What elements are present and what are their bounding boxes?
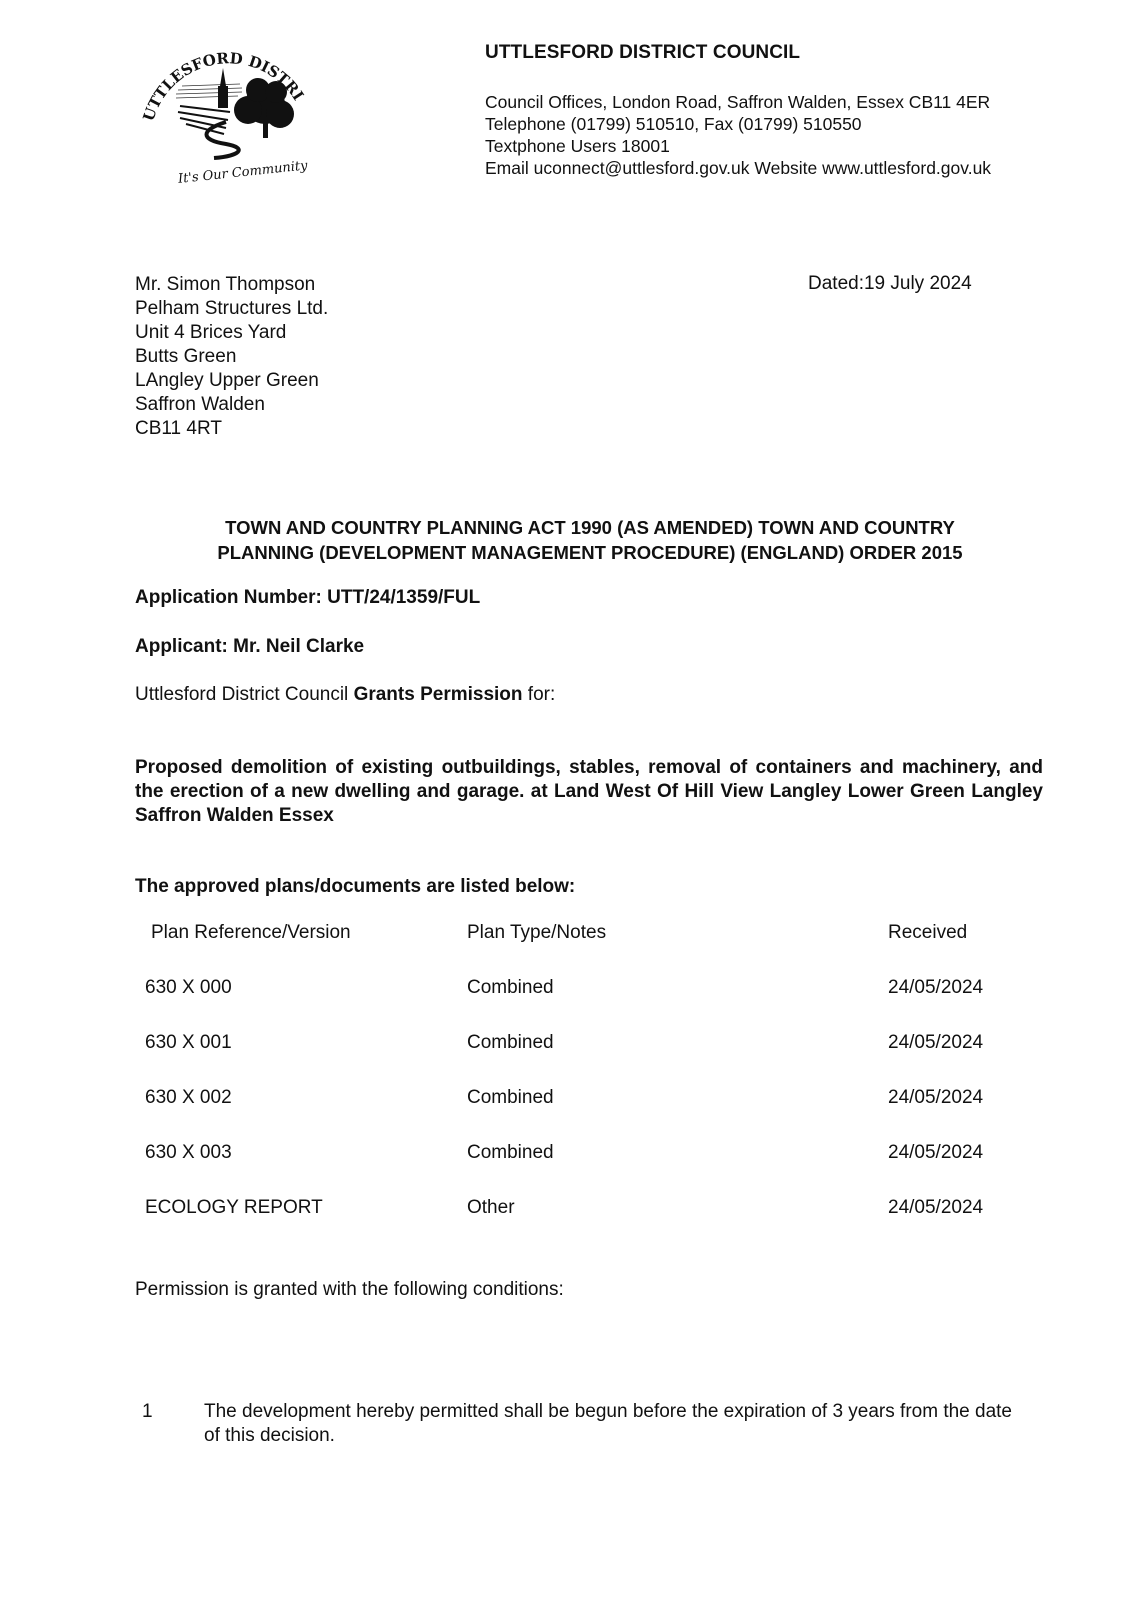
contact-email-website: Email uconnect@uttlesford.gov.uk Website… <box>485 157 991 179</box>
council-crest-icon: UTTLESFORD DISTRICT COUNCIL <box>130 18 320 190</box>
recipient-line: Saffron Walden <box>135 393 328 417</box>
plan-received: 24/05/2024 <box>888 1087 983 1109</box>
proposal-description: Proposed demolition of existing outbuild… <box>135 756 1043 828</box>
plan-reference: 630 X 001 <box>145 1032 232 1054</box>
decision-emphasis: Grants Permission <box>354 684 523 705</box>
plan-reference: 630 X 000 <box>145 977 232 999</box>
contact-address: Council Offices, London Road, Saffron Wa… <box>485 91 991 113</box>
table-row: 630 X 003 Combined 24/05/2024 <box>135 1142 1045 1197</box>
plan-type: Combined <box>467 1142 554 1164</box>
organisation-contact: Council Offices, London Road, Saffron Wa… <box>485 91 991 179</box>
plans-heading: The approved plans/documents are listed … <box>135 876 575 898</box>
organisation-name: UTTLESFORD DISTRICT COUNCIL <box>485 42 800 64</box>
plan-type: Combined <box>467 1087 554 1109</box>
recipient-line: Butts Green <box>135 345 328 369</box>
plan-type: Combined <box>467 977 554 999</box>
plan-received: 24/05/2024 <box>888 977 983 999</box>
column-header-type: Plan Type/Notes <box>467 922 606 944</box>
table-row: 630 X 001 Combined 24/05/2024 <box>135 1032 1045 1087</box>
plan-reference: 630 X 002 <box>145 1087 232 1109</box>
plan-type: Other <box>467 1197 515 1219</box>
table-row: 630 X 002 Combined 24/05/2024 <box>135 1087 1045 1142</box>
table-row: ECOLOGY REPORT Other 24/05/2024 <box>135 1197 1045 1252</box>
condition-text: The development hereby permitted shall b… <box>204 1400 1024 1448</box>
application-number: Application Number: UTT/24/1359/FUL <box>135 587 480 609</box>
act-title-line: PLANNING (DEVELOPMENT MANAGEMENT PROCEDU… <box>135 540 1045 565</box>
plan-reference: 630 X 003 <box>145 1142 232 1164</box>
conditions-intro: Permission is granted with the following… <box>135 1279 564 1301</box>
recipient-line: Pelham Structures Ltd. <box>135 297 328 321</box>
plans-table: Plan Reference/Version Plan Type/Notes R… <box>135 922 1045 1252</box>
recipient-address: Mr. Simon Thompson Pelham Structures Ltd… <box>135 273 328 441</box>
act-title: TOWN AND COUNTRY PLANNING ACT 1990 (AS A… <box>135 515 1045 565</box>
council-logo: UTTLESFORD DISTRICT COUNCIL <box>130 18 320 190</box>
decision-prefix: Uttlesford District Council <box>135 684 354 705</box>
recipient-line: Mr. Simon Thompson <box>135 273 328 297</box>
plan-received: 24/05/2024 <box>888 1197 983 1219</box>
decision-statement: Uttlesford District Council Grants Permi… <box>135 684 555 706</box>
plans-table-header: Plan Reference/Version Plan Type/Notes R… <box>135 922 1045 977</box>
decision-suffix: for: <box>523 684 556 705</box>
plan-received: 24/05/2024 <box>888 1032 983 1054</box>
condition-number: 1 <box>142 1400 153 1424</box>
contact-telephone: Telephone (01799) 510510, Fax (01799) 51… <box>485 113 991 135</box>
plan-received: 24/05/2024 <box>888 1142 983 1164</box>
letter-date: Dated:19 July 2024 <box>808 273 972 295</box>
recipient-line: LAngley Upper Green <box>135 369 328 393</box>
column-header-received: Received <box>888 922 967 944</box>
logo-tagline: It's Our Community <box>176 158 309 187</box>
plan-reference: ECOLOGY REPORT <box>145 1197 323 1219</box>
column-header-reference: Plan Reference/Version <box>151 922 351 944</box>
applicant-name: Applicant: Mr. Neil Clarke <box>135 636 364 658</box>
recipient-line: CB11 4RT <box>135 417 328 441</box>
table-row: 630 X 000 Combined 24/05/2024 <box>135 977 1045 1032</box>
plan-type: Combined <box>467 1032 554 1054</box>
act-title-line: TOWN AND COUNTRY PLANNING ACT 1990 (AS A… <box>135 515 1045 540</box>
recipient-line: Unit 4 Brices Yard <box>135 321 328 345</box>
contact-textphone: Textphone Users 18001 <box>485 135 991 157</box>
